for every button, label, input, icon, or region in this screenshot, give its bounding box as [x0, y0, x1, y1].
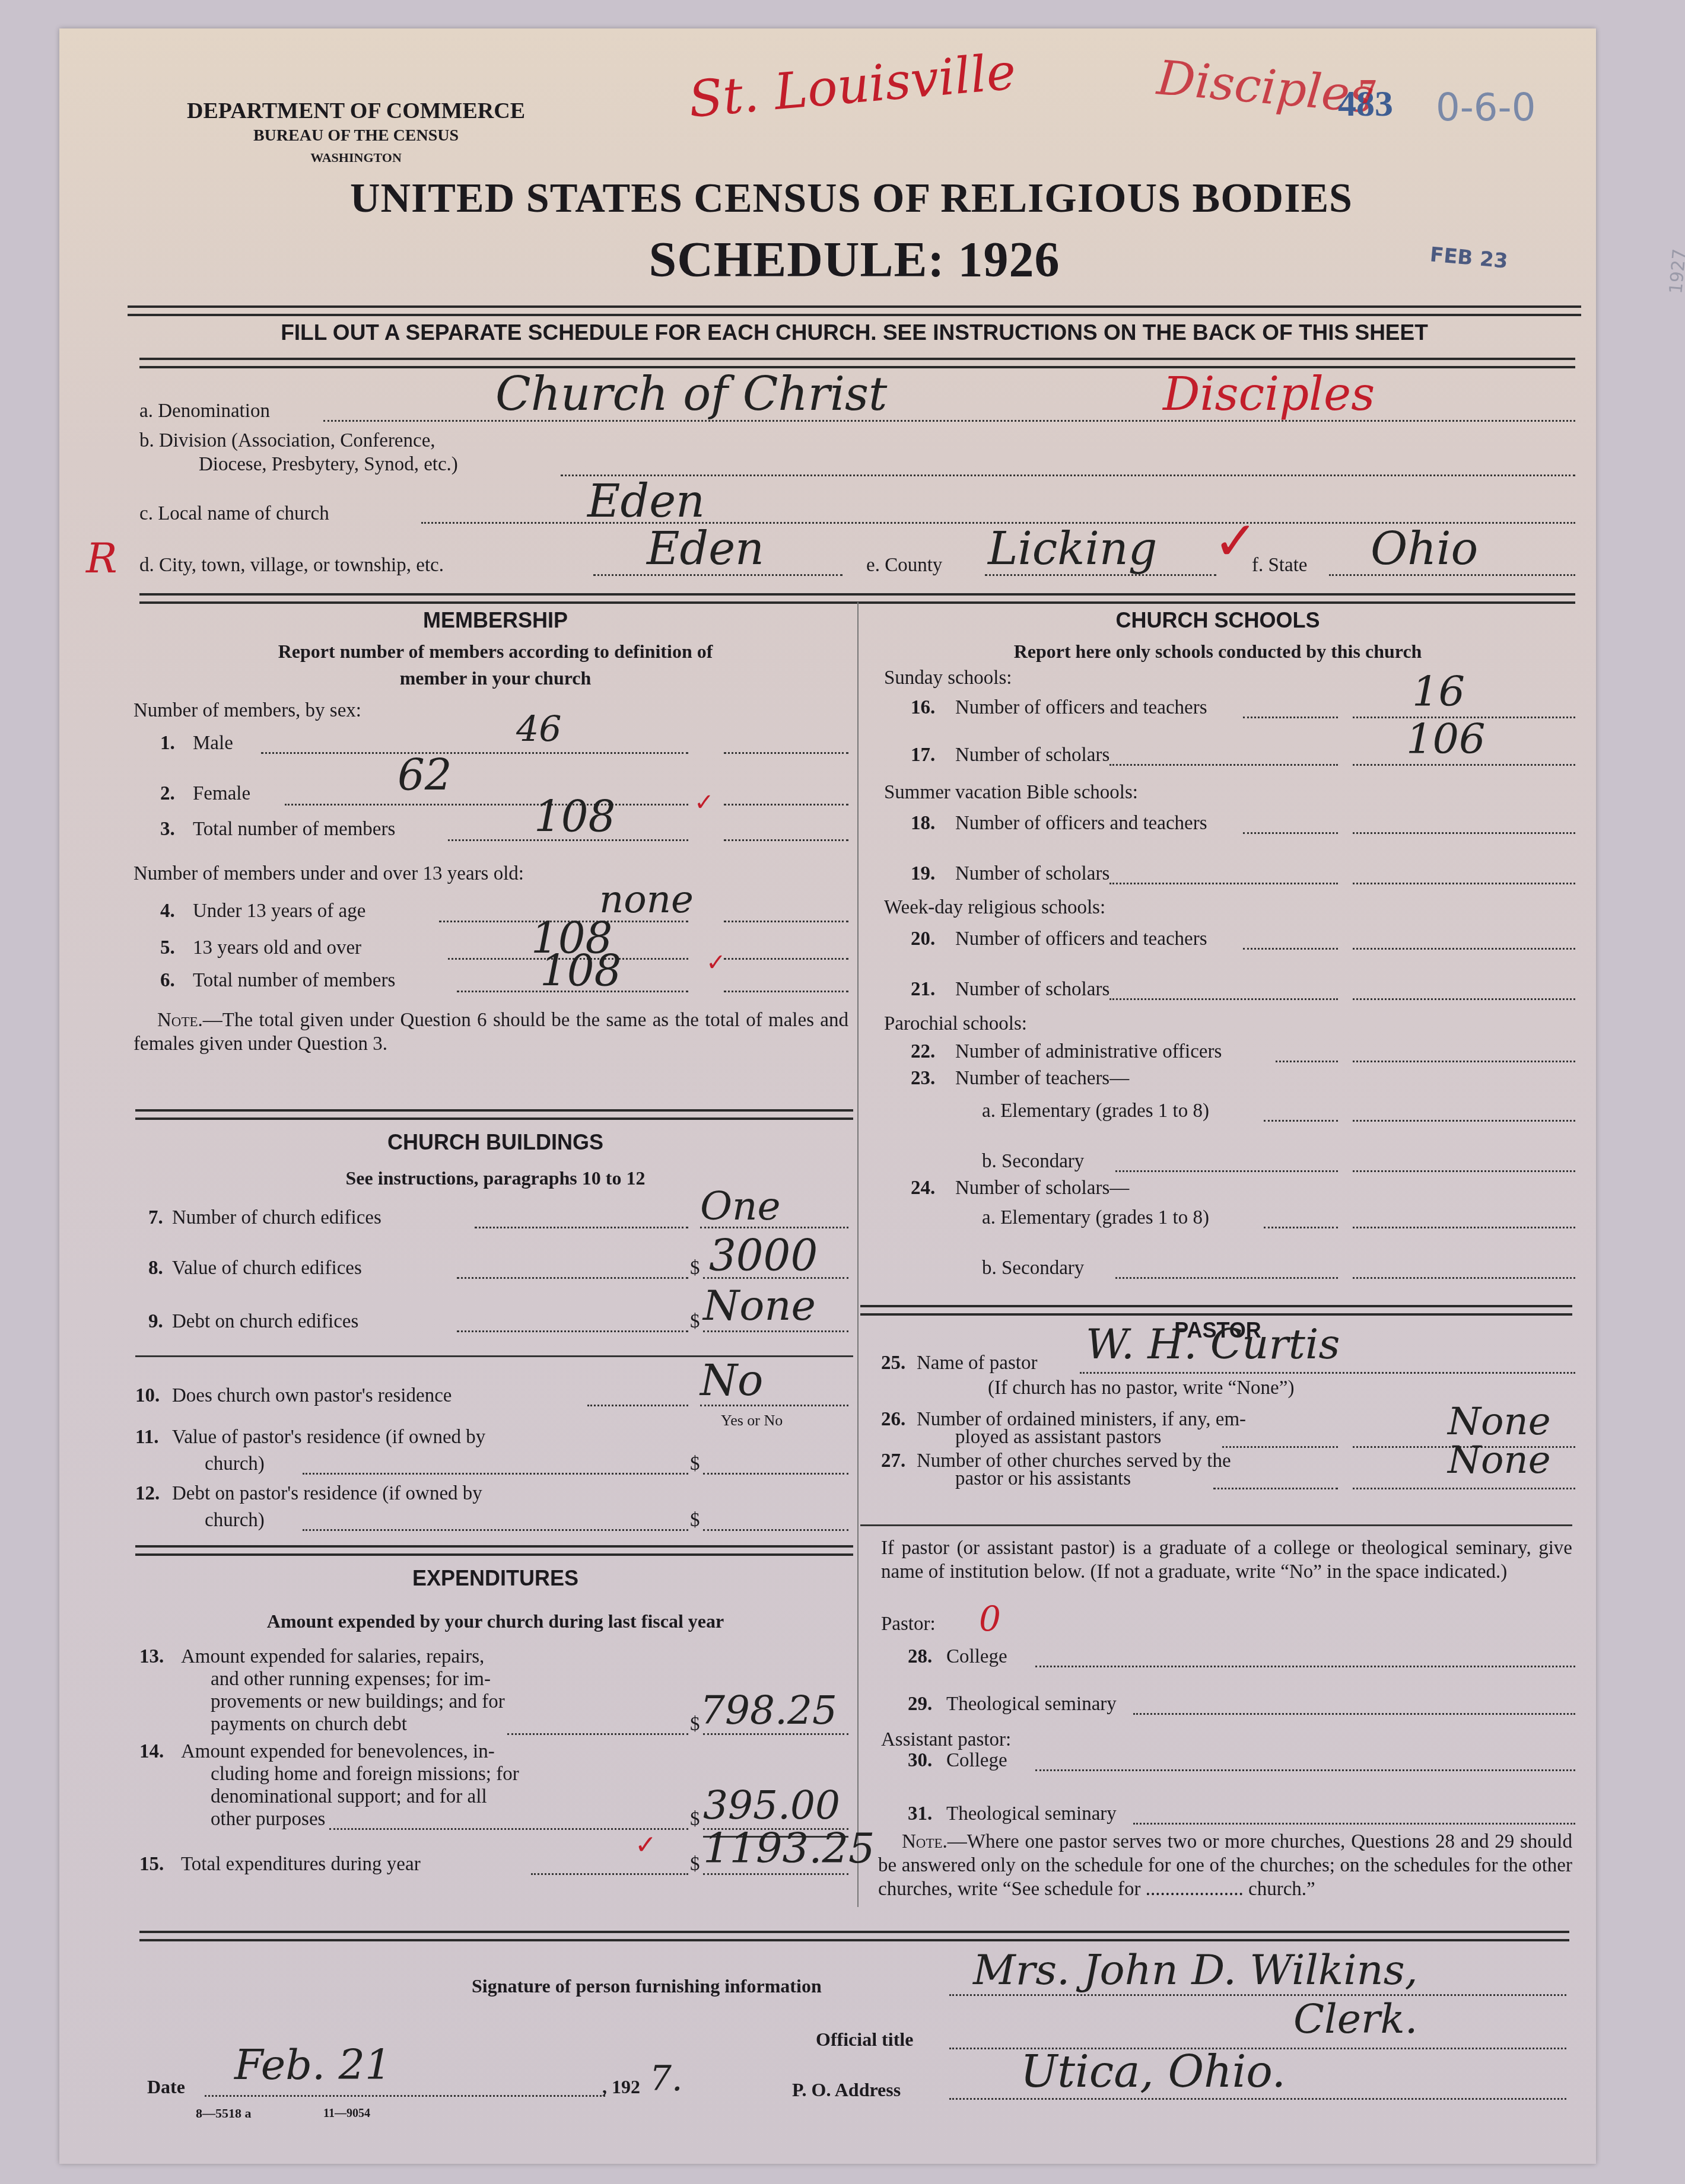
q23-label: Number of teachers—: [955, 1068, 1129, 1090]
q22-label: Number of administrative officers: [955, 1041, 1222, 1063]
parochial-teachers-elementary-field[interactable]: [1353, 1120, 1575, 1122]
by-sex-label: Number of members, by sex:: [133, 700, 361, 722]
buildings-rule: [135, 1545, 853, 1556]
instruction-bar: FILL OUT A SEPARATE SCHEDULE FOR EACH CH…: [128, 320, 1581, 345]
q12-label-2: church): [205, 1510, 265, 1532]
q20-number: 20.: [911, 928, 935, 950]
po-address-label: P. O. Address: [792, 2079, 901, 2101]
q24a-leader: [1264, 1227, 1338, 1228]
schools-heading: CHURCH SCHOOLS: [860, 608, 1575, 633]
q15-dollar: $: [690, 1854, 700, 1876]
under-13-value[interactable]: none: [599, 878, 694, 922]
year-prefix: , 192: [602, 2076, 640, 2098]
q17-label: Number of scholars: [955, 744, 1109, 766]
official-title-value[interactable]: Clerk.: [1293, 1996, 1417, 2043]
debt-edifices-field[interactable]: [703, 1330, 848, 1332]
q1-number: 1.: [160, 733, 175, 754]
q25-label: Name of pastor: [917, 1352, 1037, 1374]
denomination-red-correction: Disciples: [1163, 368, 1375, 421]
q30-label: College: [946, 1750, 1007, 1772]
q19-label: Number of scholars: [955, 863, 1109, 885]
q22-leader: [1276, 1061, 1338, 1062]
date-field[interactable]: [205, 2095, 605, 2097]
female-field[interactable]: [285, 804, 688, 806]
parochial-scholars-secondary-field[interactable]: [1353, 1277, 1575, 1279]
female-office-field: [724, 804, 848, 806]
q27-number: 27.: [881, 1450, 905, 1472]
q8-dollar: $: [690, 1257, 700, 1279]
q14-line-1: Amount expended for benevolences, in-: [181, 1741, 495, 1763]
q25-hint: (If church has no pastor, write “None”): [988, 1377, 1294, 1399]
date-label: Date: [147, 2076, 185, 2098]
running-expenses-value[interactable]: 798.25: [700, 1688, 837, 1733]
sunday-scholars-value[interactable]: 106: [1406, 715, 1486, 763]
benevolences-value[interactable]: 395.00: [703, 1782, 840, 1828]
other-churches-value[interactable]: None: [1448, 1438, 1551, 1482]
pastor-divider: [860, 1524, 1572, 1526]
q29-number: 29.: [908, 1693, 932, 1715]
q11-label-2: church): [205, 1453, 265, 1475]
schools-subheading: Report here only schools conducted by th…: [860, 641, 1575, 663]
q6-label: Total number of members: [193, 970, 395, 992]
county-label: e. County: [866, 555, 942, 577]
margin-mark-r: R: [86, 534, 117, 582]
q21-leader: [1109, 998, 1338, 1000]
header-rule: [128, 305, 1581, 316]
official-title-label: Official title: [816, 2029, 913, 2051]
q2-number: 2.: [160, 783, 175, 805]
city-value[interactable]: Eden: [647, 522, 764, 575]
q13-number: 13.: [139, 1646, 164, 1668]
local-name-value[interactable]: Eden: [587, 475, 705, 527]
q10-leader: [587, 1405, 688, 1406]
city-label: d. City, town, village, or township, etc…: [139, 555, 444, 577]
q11-leader: [303, 1473, 688, 1475]
denomination-value[interactable]: Church of Christ: [495, 368, 887, 421]
expenditures-heading: EXPENDITURES: [136, 1566, 854, 1591]
bureau-name: BUREAU OF THE CENSUS: [142, 126, 570, 145]
q23b-leader: [1115, 1170, 1338, 1172]
q12-label-1: Debt on pastor's residence (if owned by: [172, 1483, 482, 1505]
total-expenditures-field[interactable]: [703, 1873, 848, 1875]
over-13-office-field: [724, 958, 848, 960]
total-members-office-field: [724, 839, 848, 841]
membership-subheading-1: Report number of members according to de…: [136, 641, 854, 663]
q19-leader: [1109, 883, 1338, 884]
q8-leader: [457, 1277, 688, 1279]
q24b-leader: [1115, 1277, 1338, 1279]
q12-leader: [303, 1529, 688, 1531]
sunday-officers-value[interactable]: 16: [1412, 667, 1465, 716]
q26-leader: [1222, 1446, 1338, 1448]
parochial-officers-field[interactable]: [1353, 1061, 1575, 1062]
q18-label: Number of officers and teachers: [955, 813, 1207, 835]
membership-subheading-2: member in your church: [136, 667, 854, 689]
department-name: DEPARTMENT OF COMMERCE: [142, 98, 570, 124]
local-name-label: c. Local name of church: [139, 503, 329, 525]
pastor-note: Note.—Where one pastor serves two or mor…: [878, 1830, 1572, 1901]
q24-number: 24.: [911, 1177, 935, 1199]
summer-schools-label: Summer vacation Bible schools:: [884, 782, 1138, 804]
q6-check-mark: ✓: [706, 949, 726, 976]
q24-label: Number of scholars—: [955, 1177, 1129, 1199]
q2-label: Female: [193, 783, 250, 805]
q12-number: 12.: [135, 1483, 160, 1505]
membership-note-text: —The total given under Question 6 should…: [133, 1010, 848, 1055]
signature-field[interactable]: [949, 1994, 1566, 1996]
q18-number: 18.: [911, 813, 935, 835]
q8-label: Value of church edifices: [172, 1257, 362, 1279]
debt-edifices-value[interactable]: None: [703, 1281, 816, 1330]
weekday-scholars-field[interactable]: [1353, 998, 1575, 1000]
male-office-field: [724, 752, 848, 754]
q13-dollar: $: [690, 1714, 700, 1736]
membership-note: Note.—The total given under Question 6 s…: [133, 1008, 848, 1056]
total-members-2-value[interactable]: 108: [540, 946, 621, 996]
q15-leader: [531, 1873, 688, 1875]
q3-check-mark: ✓: [694, 789, 714, 816]
female-value[interactable]: 62: [398, 750, 452, 800]
q31-label: Theological seminary: [946, 1803, 1117, 1825]
signature-value[interactable]: Mrs. John D. Wilkins,: [973, 1946, 1418, 1994]
sunday-scholars-field[interactable]: [1353, 764, 1575, 766]
q26-number: 26.: [881, 1409, 905, 1431]
q24a-label: a. Elementary (grades 1 to 8): [982, 1207, 1209, 1229]
q16-label: Number of officers and teachers: [955, 697, 1207, 719]
pastor-red-mark: 0: [979, 1599, 1001, 1639]
q31-number: 31.: [908, 1803, 932, 1825]
q14-line-4: other purposes: [211, 1809, 325, 1830]
q23-number: 23.: [911, 1068, 935, 1090]
pastor-seminary-field[interactable]: [1133, 1713, 1575, 1715]
q14-dollar: $: [690, 1809, 700, 1830]
q9-dollar: $: [690, 1311, 700, 1333]
q14-number: 14.: [139, 1741, 164, 1763]
summer-officers-field[interactable]: [1353, 832, 1575, 834]
q26-label-2: ployed as assistant pastors: [955, 1427, 1161, 1448]
yes-or-no-hint: Yes or No: [721, 1412, 783, 1430]
other-churches-field[interactable]: [1353, 1488, 1575, 1489]
q29-label: Theological seminary: [946, 1693, 1117, 1715]
under-13-office-field: [724, 921, 848, 922]
membership-note-lead: Note.: [157, 1010, 203, 1031]
q15-check-mark: ✓: [635, 1830, 657, 1860]
file-number-correction: 7: [1359, 71, 1376, 112]
q13-line-3: provements or new buildings; and for: [211, 1691, 505, 1713]
print-code: 11—9054: [323, 2107, 370, 2121]
q14-line-3: denominational support; and for all: [211, 1786, 487, 1808]
q27-label-2: pastor or his assistants: [955, 1468, 1131, 1490]
summer-scholars-field[interactable]: [1353, 883, 1575, 884]
q1-label: Male: [193, 733, 233, 754]
po-address-field[interactable]: [949, 2098, 1566, 2100]
pastor-college-field[interactable]: [1035, 1666, 1575, 1667]
form-title: UNITED STATES CENSUS OF RELIGIOUS BODIES: [261, 175, 1442, 222]
state-label: f. State: [1252, 555, 1307, 577]
weekday-officers-field[interactable]: [1353, 948, 1575, 950]
parochial-scholars-elementary-field[interactable]: [1353, 1227, 1575, 1228]
q18-leader: [1243, 832, 1338, 834]
buildings-heading: CHURCH BUILDINGS: [136, 1130, 854, 1155]
po-address-value[interactable]: Utica, Ohio.: [1020, 2046, 1286, 2097]
q20-label: Number of officers and teachers: [955, 928, 1207, 950]
q5-number: 5.: [160, 937, 175, 959]
total-members-value[interactable]: 108: [534, 792, 615, 842]
assistant-pastor-label: Assistant pastor:: [881, 1729, 1011, 1751]
parochial-teachers-secondary-field[interactable]: [1353, 1170, 1575, 1172]
q12-dollar: $: [690, 1510, 700, 1532]
q4-number: 4.: [160, 900, 175, 922]
total-expenditures-value[interactable]: 1193.25: [703, 1824, 875, 1873]
q17-number: 17.: [911, 744, 935, 766]
q11-label-1: Value of pastor's residence (if owned by: [172, 1427, 485, 1448]
q7-leader: [475, 1227, 688, 1228]
assistant-pastors-value[interactable]: None: [1448, 1400, 1551, 1444]
q28-number: 28.: [908, 1646, 932, 1668]
q14-line-2: cluding home and foreign missions; for: [211, 1763, 519, 1785]
by-age-label: Number of members under and over 13 year…: [133, 863, 524, 885]
pastor-label: Pastor:: [881, 1613, 936, 1635]
pastor-name-value[interactable]: W. H. Curtis: [1086, 1320, 1340, 1368]
code-stamp: 0-6-0: [1436, 86, 1535, 130]
q30-number: 30.: [908, 1750, 932, 1772]
q11-number: 11.: [135, 1427, 158, 1448]
q9-leader: [457, 1330, 688, 1332]
q15-label: Total expenditures during year: [181, 1854, 421, 1876]
q8-number: 8.: [148, 1257, 163, 1279]
graduate-instructions: If pastor (or assistant pastor) is a gra…: [881, 1536, 1572, 1584]
division-field[interactable]: [561, 475, 1575, 476]
q28-label: College: [946, 1646, 1007, 1668]
q23a-label: a. Elementary (grades 1 to 8): [982, 1100, 1209, 1122]
q15-number: 15.: [139, 1854, 164, 1876]
assistant-seminary-field[interactable]: [1133, 1823, 1575, 1825]
male-field[interactable]: [261, 752, 688, 754]
q3-number: 3.: [160, 819, 175, 841]
sunday-schools-label: Sunday schools:: [884, 667, 1012, 689]
denomination-label: a. Denomination: [139, 400, 270, 422]
q7-label: Number of church edifices: [172, 1207, 381, 1229]
q9-number: 9.: [148, 1311, 163, 1333]
assistant-college-field[interactable]: [1035, 1769, 1575, 1771]
schools-rule: [860, 1305, 1572, 1316]
date-value[interactable]: Feb. 21: [234, 2040, 392, 2089]
pastor-note-text: —Where one pastor serves two or more chu…: [878, 1831, 1572, 1900]
bureau-city: WASHINGTON: [142, 150, 570, 165]
q20-leader: [1243, 948, 1338, 950]
weekday-schools-label: Week-day religious schools:: [884, 897, 1105, 919]
q27-leader: [1213, 1488, 1338, 1489]
county-value[interactable]: Licking: [988, 522, 1157, 575]
q10-number: 10.: [135, 1385, 160, 1407]
q22-number: 22.: [911, 1041, 935, 1063]
membership-heading: MEMBERSHIP: [136, 608, 854, 633]
membership-rule: [135, 1109, 853, 1120]
residence-debt-field[interactable]: [703, 1529, 848, 1531]
expenditures-subheading: Amount expended by your church during la…: [136, 1610, 854, 1632]
division-label-line1: b. Division (Association, Conference,: [139, 430, 435, 452]
q23b-label: b. Secondary: [982, 1151, 1084, 1173]
instruction-rule: [139, 358, 1575, 368]
q16-leader: [1243, 717, 1338, 718]
residence-value-field[interactable]: [703, 1473, 848, 1475]
q13-leader: [507, 1733, 688, 1735]
q9-label: Debt on church edifices: [172, 1311, 358, 1333]
q10-label: Does church own pastor's residence: [172, 1385, 452, 1407]
church-edifices-value[interactable]: One: [700, 1183, 781, 1229]
q5-label: 13 years old and over: [193, 937, 361, 959]
q7-number: 7.: [148, 1207, 163, 1229]
year-value[interactable]: 7.: [650, 2058, 682, 2099]
parochial-schools-label: Parochial schools:: [884, 1013, 1027, 1035]
q4-label: Under 13 years of age: [193, 900, 365, 922]
q11-dollar: $: [690, 1453, 700, 1475]
q24b-label: b. Secondary: [982, 1257, 1084, 1279]
q13-line-2: and other running expenses; for im-: [211, 1669, 491, 1690]
form-code: 8—5518 a: [196, 2106, 252, 2121]
division-label-line2: Diocese, Presbytery, Synod, etc.): [199, 454, 458, 476]
q16-number: 16.: [911, 697, 935, 719]
q13-line-4: payments on church debt: [211, 1714, 407, 1736]
q21-label: Number of scholars: [955, 979, 1109, 1001]
male-value[interactable]: 46: [516, 709, 561, 750]
running-expenses-field[interactable]: [703, 1733, 848, 1735]
q17-leader: [1109, 764, 1338, 766]
q13-line-1: Amount expended for salaries, repairs,: [181, 1646, 484, 1668]
q23a-leader: [1264, 1120, 1338, 1122]
total-members-2-office-field: [724, 991, 848, 992]
q6-number: 6.: [160, 970, 175, 992]
value-edifices-value[interactable]: 3000: [709, 1231, 818, 1281]
q25-number: 25.: [881, 1352, 905, 1374]
owns-residence-value[interactable]: No: [700, 1355, 763, 1405]
schedule-year: SCHEDULE: 1926: [498, 231, 1210, 289]
q3-label: Total number of members: [193, 819, 395, 841]
signature-label: Signature of person furnishing informati…: [472, 1975, 822, 1997]
q19-number: 19.: [911, 863, 935, 885]
pastor-note-lead: Note.: [902, 1831, 948, 1852]
q21-number: 21.: [911, 979, 935, 1001]
column-divider: [857, 602, 859, 1907]
state-value[interactable]: Ohio: [1371, 522, 1478, 575]
pastor-name-field[interactable]: [1080, 1372, 1575, 1374]
received-year-stamp: 1927: [1665, 248, 1685, 295]
form-bottom-rule: [139, 1931, 1569, 1941]
